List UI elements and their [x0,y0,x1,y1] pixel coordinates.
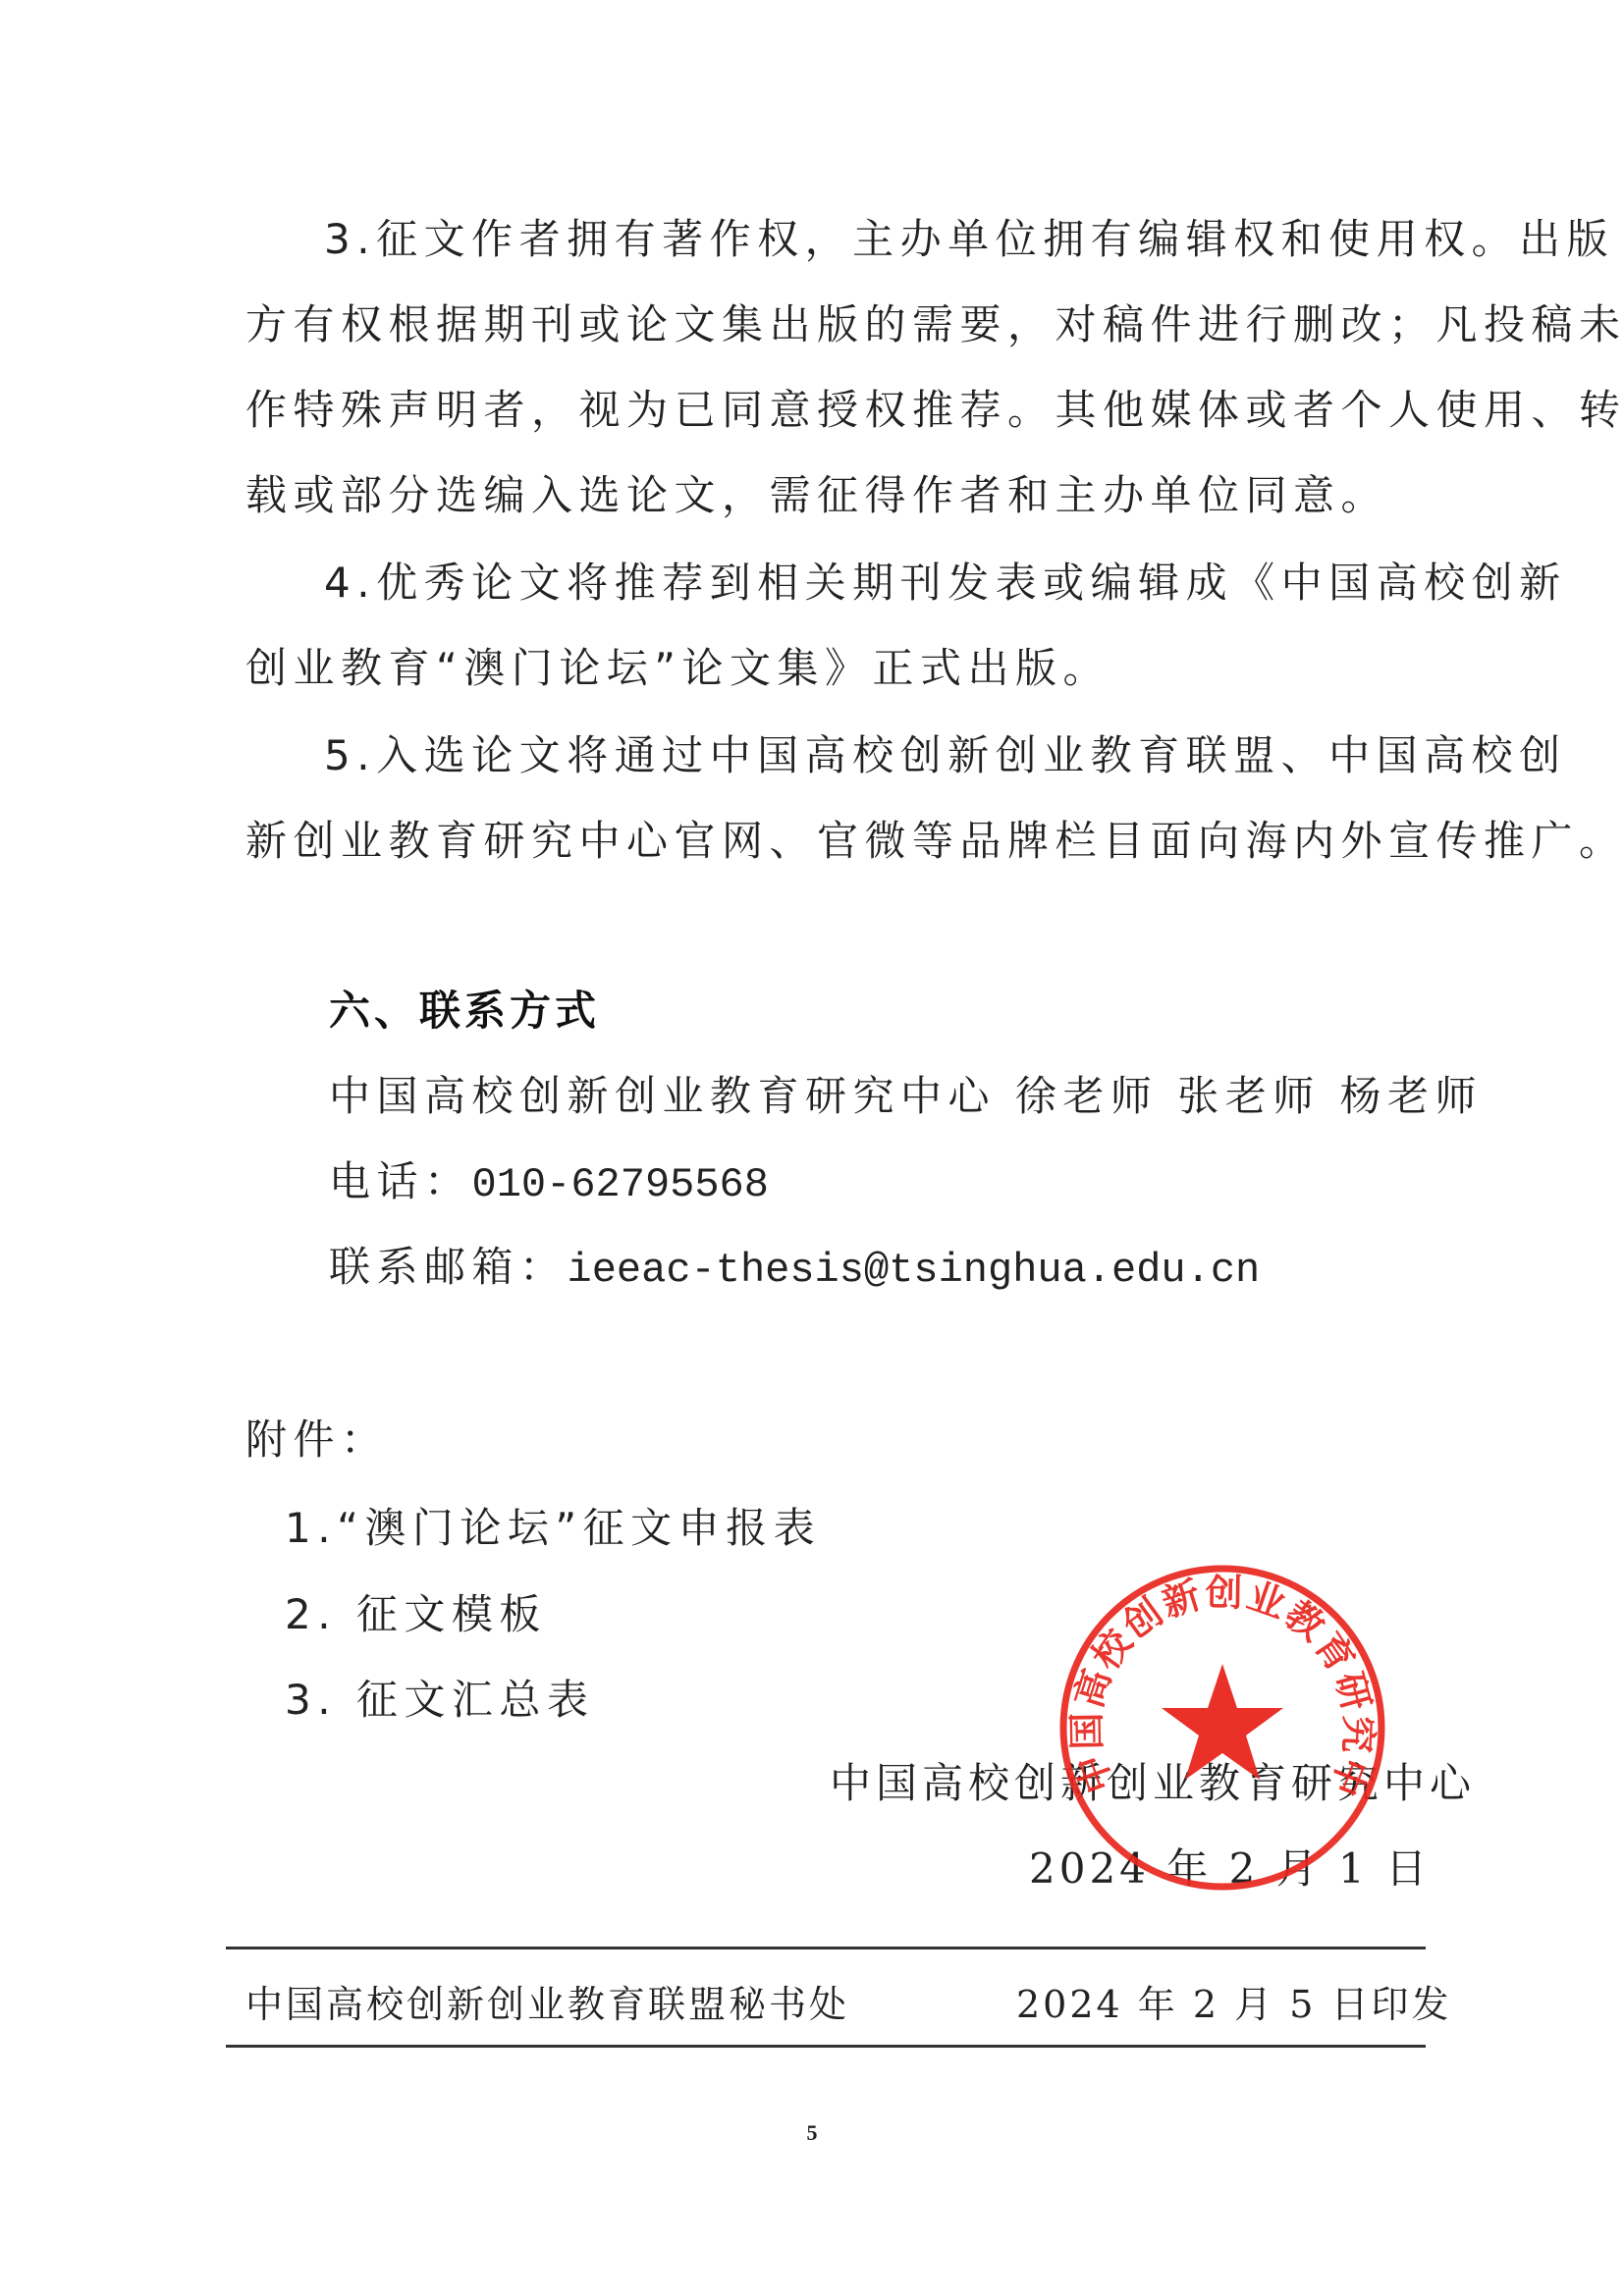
footer-bottom-rule [226,2045,1426,2048]
signature-organization: 中国高校创新创业教育研究中心 [830,1757,1476,1810]
item5-line1: 5.入选论文将通过中国高校创新创业教育联盟、中国高校创 [324,729,1567,782]
page-number: 5 [0,2120,1624,2146]
phone-label: 电话： [329,1157,472,1205]
phone-number: 010-62795568 [472,1161,769,1208]
email-label: 联系邮箱： [329,1243,568,1291]
item3-line4: 载或部分选编入选论文，需征得作者和主办单位同意。 [245,469,1388,522]
contact-phone-row: 电话：010-62795568 [329,1155,769,1211]
footer-issuer: 中国高校创新创业教育联盟秘书处 [245,1978,849,2031]
contact-heading: 六、联系方式 [329,985,600,1038]
signature-date: 2024 年 2 月 1 日 [1029,1842,1431,1896]
contact-email-row: 联系邮箱：ieeac-thesis@tsinghua.edu.cn [329,1241,1260,1297]
item3-line1: 3.征文作者拥有著作权，主办单位拥有编辑权和使用权。出版 [324,213,1614,266]
attachment-item-2: 2. 征文模板 [285,1588,547,1641]
item3-line2: 方有权根据期刊或论文集出版的需要，对稿件进行删改；凡投稿未 [245,298,1624,351]
item4-line2: 创业教育“澳门论坛”论文集》正式出版。 [245,642,1110,695]
footer-top-rule [226,1947,1426,1949]
attachments-label: 附件： [245,1414,389,1467]
item3-line3: 作特殊声明者，视为已同意授权推荐。其他媒体或者个人使用、转 [245,384,1624,437]
item5-line2: 新创业教育研究中心官网、官微等品牌栏目面向海内外宣传推广。 [245,815,1624,868]
attachment-item-3: 3. 征文汇总表 [285,1674,594,1727]
item4-line1: 4.优秀论文将推荐到相关期刊发表或编辑成《中国高校创新 [324,557,1567,610]
footer-issue-date: 2024 年 2 月 5 日印发 [1016,1978,1451,2031]
attachment-item-1: 1.“澳门论坛”征文申报表 [285,1502,821,1555]
email-link[interactable]: ieeac-thesis@tsinghua.edu.cn [568,1247,1261,1294]
contact-org-people: 中国高校创新创业教育研究中心 徐老师 张老师 杨老师 [329,1070,1483,1123]
